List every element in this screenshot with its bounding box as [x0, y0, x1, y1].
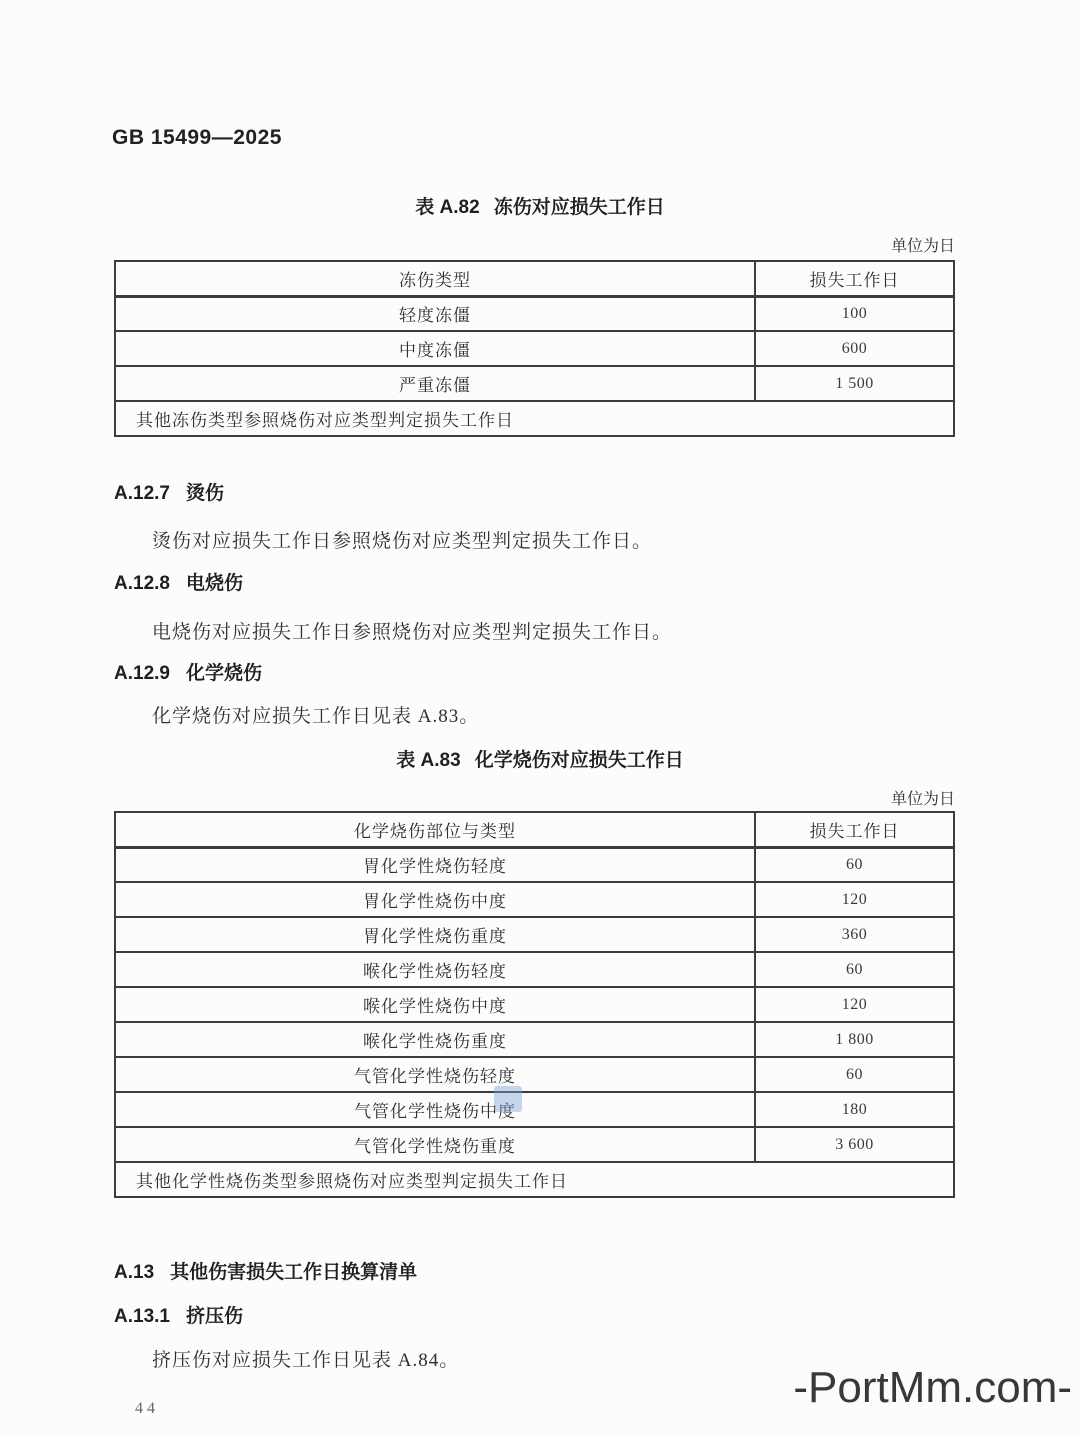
- table-a82-caption: 冻伤对应损失工作日: [494, 197, 665, 218]
- table-a82-col-header-days: 损失工作日: [755, 261, 954, 296]
- table-a83-header-row: 化学烧伤部位与类型 损失工作日: [115, 812, 954, 847]
- table-a83-label: 表 A.83: [396, 750, 460, 771]
- lost-days-cell: 600: [755, 331, 954, 366]
- table-a82-title: 表 A.82冻伤对应损失工作日: [0, 192, 1080, 219]
- section-number: A.12.8: [114, 573, 170, 594]
- injury-type-cell: 胃化学性烧伤重度: [115, 917, 755, 952]
- section-a12-7-paragraph: 烫伤对应损失工作日参照烧伤对应类型判定损失工作日。: [114, 526, 834, 553]
- section-heading-a12-7: A.12.7烫伤: [114, 478, 224, 505]
- injury-type-cell: 喉化学性烧伤中度: [115, 987, 755, 1022]
- table-a83-title: 表 A.83化学烧伤对应损失工作日: [0, 745, 1080, 772]
- table-a83-caption: 化学烧伤对应损失工作日: [475, 750, 684, 771]
- section-number: A.12.9: [114, 663, 170, 684]
- lost-days-cell: 1 800: [755, 1022, 954, 1057]
- lost-days-cell: 120: [755, 882, 954, 917]
- lost-days-cell: 100: [755, 296, 954, 331]
- table-a83-col-header-type: 化学烧伤部位与类型: [115, 812, 755, 847]
- table-row: 胃化学性烧伤轻度 60: [115, 847, 954, 882]
- document-page: { "page": { "header": "GB 15499—2025", "…: [0, 0, 1080, 1434]
- section-title: 挤压伤: [186, 1306, 243, 1327]
- section-a12-8-paragraph: 电烧伤对应损失工作日参照烧伤对应类型判定损失工作日。: [114, 617, 834, 644]
- section-a13-1-paragraph: 挤压伤对应损失工作日见表 A.84。: [114, 1345, 834, 1372]
- injury-type-cell: 气管化学性烧伤重度: [115, 1127, 755, 1162]
- table-a83-unit-note: 单位为日: [891, 786, 955, 809]
- table-footnote-row: 其他化学性烧伤类型参照烧伤对应类型判定损失工作日: [115, 1162, 954, 1197]
- table-row: 气管化学性烧伤中度 180: [115, 1092, 954, 1127]
- lost-days-cell: 60: [755, 847, 954, 882]
- section-title: 其他伤害损失工作日换算清单: [170, 1262, 417, 1283]
- faint-blue-watermark-badge: [494, 1086, 522, 1112]
- page-number: 44: [135, 1400, 159, 1418]
- section-number: A.13.1: [114, 1306, 170, 1327]
- table-a82-label: 表 A.82: [415, 197, 479, 218]
- section-a12-9-paragraph: 化学烧伤对应损失工作日见表 A.83。: [114, 701, 834, 728]
- table-row: 中度冻僵 600: [115, 331, 954, 366]
- table-row: 喉化学性烧伤轻度 60: [115, 952, 954, 987]
- lost-days-cell: 360: [755, 917, 954, 952]
- section-number: A.12.7: [114, 483, 170, 504]
- section-title: 化学烧伤: [186, 663, 262, 684]
- injury-type-cell: 气管化学性烧伤中度: [115, 1092, 755, 1127]
- section-heading-a12-9: A.12.9化学烧伤: [114, 658, 262, 685]
- table-a83-col-header-days: 损失工作日: [755, 812, 954, 847]
- lost-days-cell: 1 500: [755, 366, 954, 401]
- table-row: 喉化学性烧伤重度 1 800: [115, 1022, 954, 1057]
- lost-days-cell: 180: [755, 1092, 954, 1127]
- table-row: 气管化学性烧伤轻度 60: [115, 1057, 954, 1092]
- table-row: 胃化学性烧伤中度 120: [115, 882, 954, 917]
- section-heading-a13-1: A.13.1挤压伤: [114, 1301, 243, 1328]
- injury-type-cell: 胃化学性烧伤中度: [115, 882, 755, 917]
- lost-days-cell: 60: [755, 1057, 954, 1092]
- section-heading-a13: A.13其他伤害损失工作日换算清单: [114, 1257, 417, 1284]
- table-row: 气管化学性烧伤重度 3 600: [115, 1127, 954, 1162]
- injury-type-cell: 中度冻僵: [115, 331, 755, 366]
- site-watermark: -PortMm.com-: [793, 1363, 1072, 1413]
- injury-type-cell: 喉化学性烧伤轻度: [115, 952, 755, 987]
- table-row: 胃化学性烧伤重度 360: [115, 917, 954, 952]
- injury-type-cell: 严重冻僵: [115, 366, 755, 401]
- standard-number-header: GB 15499—2025: [112, 126, 282, 150]
- table-row: 轻度冻僵 100: [115, 296, 954, 331]
- injury-type-cell: 喉化学性烧伤重度: [115, 1022, 755, 1057]
- lost-days-cell: 3 600: [755, 1127, 954, 1162]
- section-title: 烫伤: [186, 483, 224, 504]
- table-a82-header-row: 冻伤类型 损失工作日: [115, 261, 954, 296]
- table-a83: 化学烧伤部位与类型 损失工作日 胃化学性烧伤轻度 60 胃化学性烧伤中度 120…: [114, 811, 955, 1198]
- table-a82-footnote: 其他冻伤类型参照烧伤对应类型判定损失工作日: [115, 401, 954, 436]
- table-row: 喉化学性烧伤中度 120: [115, 987, 954, 1022]
- table-a82: 冻伤类型 损失工作日 轻度冻僵 100 中度冻僵 600 严重冻僵 1 500 …: [114, 260, 955, 437]
- injury-type-cell: 轻度冻僵: [115, 296, 755, 331]
- table-row: 严重冻僵 1 500: [115, 366, 954, 401]
- lost-days-cell: 120: [755, 987, 954, 1022]
- table-a83-footnote: 其他化学性烧伤类型参照烧伤对应类型判定损失工作日: [115, 1162, 954, 1197]
- section-number: A.13: [114, 1262, 154, 1283]
- section-title: 电烧伤: [186, 573, 243, 594]
- injury-type-cell: 气管化学性烧伤轻度: [115, 1057, 755, 1092]
- section-heading-a12-8: A.12.8电烧伤: [114, 568, 243, 595]
- table-a82-col-header-type: 冻伤类型: [115, 261, 755, 296]
- injury-type-cell: 胃化学性烧伤轻度: [115, 847, 755, 882]
- table-a82-unit-note: 单位为日: [891, 233, 955, 256]
- lost-days-cell: 60: [755, 952, 954, 987]
- table-footnote-row: 其他冻伤类型参照烧伤对应类型判定损失工作日: [115, 401, 954, 436]
